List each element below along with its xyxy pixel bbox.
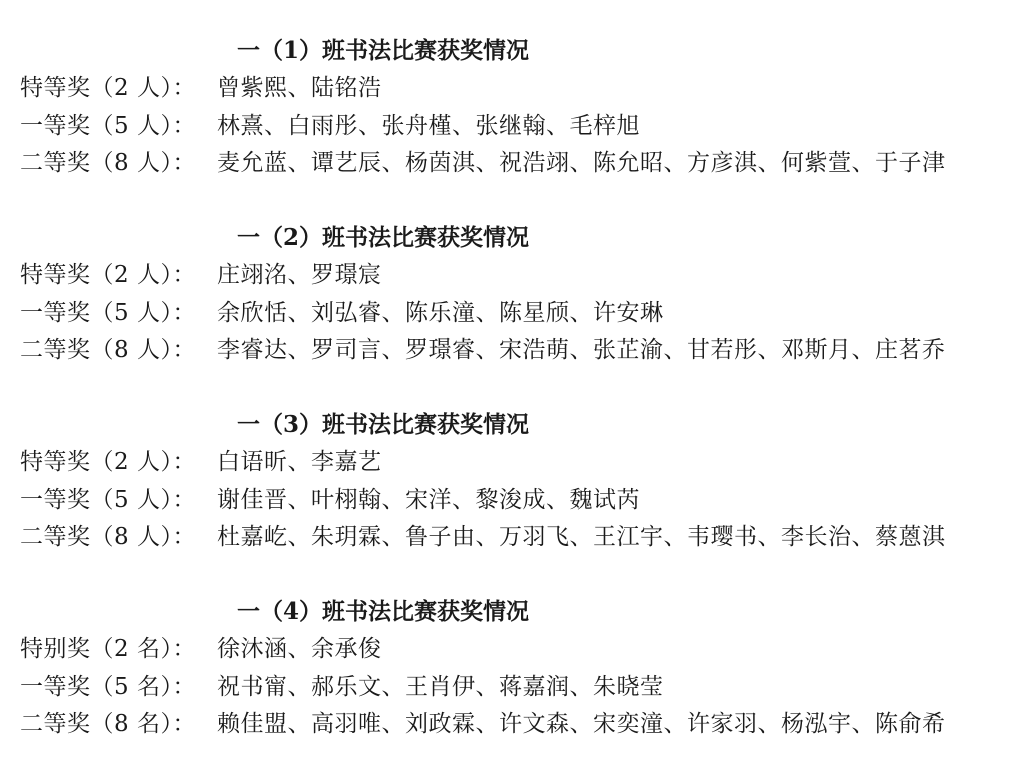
award-names: 谢佳晋、叶栩翰、宋洋、黎浚成、魏试芮 [217, 485, 640, 515]
award-label: 特等奖（2 人）： [20, 447, 217, 477]
first-award-row: 一等奖（5 人）：谢佳晋、叶栩翰、宋洋、黎浚成、魏试芮 [20, 485, 640, 515]
award-names: 李睿达、罗司言、罗璟睿、宋浩萌、张芷渝、甘若彤、邓斯月、庄茗乔 [217, 335, 946, 365]
award-names: 麦允蓝、谭艺辰、杨茵淇、祝浩翊、陈允昭、方彦淇、何紫萱、于子津 [217, 148, 946, 178]
award-names: 余欣恬、刘弘睿、陈乐潼、陈星颀、许安琳 [217, 298, 664, 328]
second-award-row: 二等奖（8 人）：杜嘉屹、朱玥霖、鲁子由、万羽飞、王江宇、韦璎书、李长治、蔡蒽淇 [20, 522, 946, 552]
award-label: 一等奖（5 人）： [20, 298, 217, 328]
second-award-row: 二等奖（8 人）：麦允蓝、谭艺辰、杨茵淇、祝浩翊、陈允昭、方彦淇、何紫萱、于子津 [20, 148, 946, 178]
first-award-row: 一等奖（5 人）：余欣恬、刘弘睿、陈乐潼、陈星颀、许安琳 [20, 298, 664, 328]
award-label: 特别奖（2 名）： [20, 634, 217, 664]
award-names: 曾紫熙、陆铭浩 [217, 73, 382, 103]
award-label: 二等奖（8 名）： [20, 709, 217, 739]
award-label: 二等奖（8 人）： [20, 148, 217, 178]
award-label: 二等奖（8 人）： [20, 335, 217, 365]
award-names: 庄翊洺、罗璟宸 [217, 260, 382, 290]
award-names: 林熹、白雨彤、张舟槿、张继翰、毛梓旭 [217, 111, 640, 141]
section-title: 一（1）班书法比赛获奖情况 [237, 36, 529, 66]
award-label: 二等奖（8 人）： [20, 522, 217, 552]
special-award-row: 特等奖（2 人）：庄翊洺、罗璟宸 [20, 260, 382, 290]
award-names: 徐沐涵、余承俊 [217, 634, 382, 664]
special-award-row: 特等奖（2 人）：白语昕、李嘉艺 [20, 447, 382, 477]
award-names: 杜嘉屹、朱玥霖、鲁子由、万羽飞、王江宇、韦璎书、李长治、蔡蒽淇 [217, 522, 946, 552]
special-award-row: 特别奖（2 名）：徐沐涵、余承俊 [20, 634, 382, 664]
award-label: 一等奖（5 名）： [20, 672, 217, 702]
first-award-row: 一等奖（5 名）：祝书甯、郝乐文、王肖伊、蒋嘉润、朱晓莹 [20, 672, 664, 702]
special-award-row: 特等奖（2 人）：曾紫熙、陆铭浩 [20, 73, 382, 103]
second-award-row: 二等奖（8 人）：李睿达、罗司言、罗璟睿、宋浩萌、张芷渝、甘若彤、邓斯月、庄茗乔 [20, 335, 946, 365]
award-names: 赖佳盟、高羽唯、刘政霖、许文森、宋奕潼、许家羽、杨泓宇、陈俞希 [217, 709, 946, 739]
award-names: 白语昕、李嘉艺 [217, 447, 382, 477]
award-label: 一等奖（5 人）： [20, 485, 217, 515]
section-title: 一（4）班书法比赛获奖情况 [237, 597, 529, 627]
award-names: 祝书甯、郝乐文、王肖伊、蒋嘉润、朱晓莹 [217, 672, 664, 702]
second-award-row: 二等奖（8 名）：赖佳盟、高羽唯、刘政霖、许文森、宋奕潼、许家羽、杨泓宇、陈俞希 [20, 709, 946, 739]
section-title: 一（3）班书法比赛获奖情况 [237, 410, 529, 440]
award-label: 特等奖（2 人）： [20, 260, 217, 290]
award-document: 一（1）班书法比赛获奖情况 特等奖（2 人）：曾紫熙、陆铭浩 一等奖（5 人）：… [0, 0, 1024, 763]
section-title: 一（2）班书法比赛获奖情况 [237, 223, 529, 253]
award-label: 一等奖（5 人）： [20, 111, 217, 141]
award-label: 特等奖（2 人）： [20, 73, 217, 103]
first-award-row: 一等奖（5 人）：林熹、白雨彤、张舟槿、张继翰、毛梓旭 [20, 111, 640, 141]
